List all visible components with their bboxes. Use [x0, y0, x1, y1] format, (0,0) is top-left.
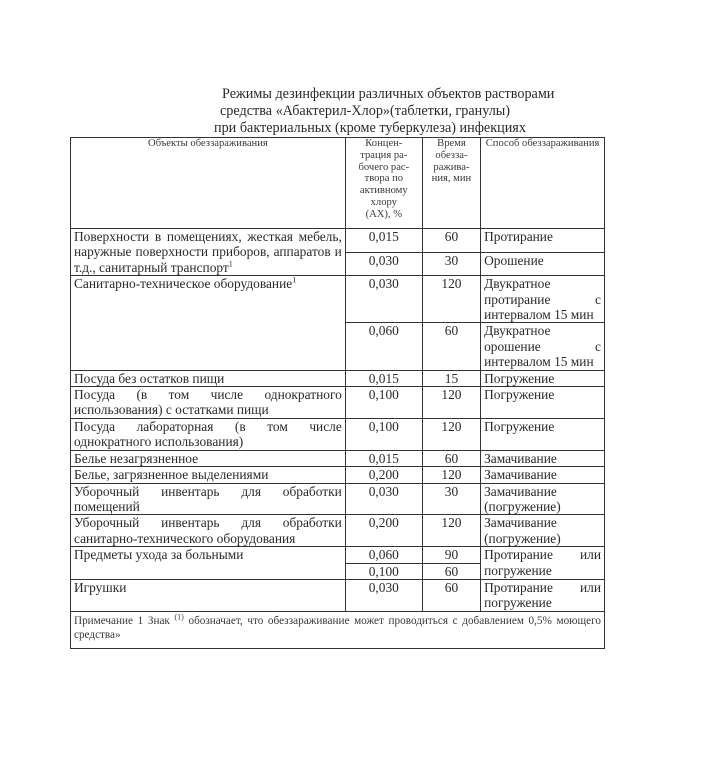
cell-concentration: 0,015	[345, 229, 422, 253]
cell-time: 120	[422, 515, 480, 547]
footnote-mark: 1	[229, 259, 233, 268]
cell-concentration: 0,030	[345, 579, 422, 611]
cell-method: Замачивание	[481, 467, 605, 483]
cell-method: Двукратное протирание с интервалом 15 ми…	[481, 276, 605, 323]
table-row: Посуда (в том числе однократного использ…	[71, 387, 605, 419]
cell-method: Погружение	[481, 387, 605, 419]
cell-object: Белье незагрязненное	[71, 450, 346, 466]
cell-concentration: 0,030	[345, 252, 422, 276]
header-line: активному	[349, 185, 419, 197]
cell-method: Двукратное орошение с интервалом 15 мин	[481, 323, 605, 370]
cell-concentration: 0,015	[345, 370, 422, 386]
cell-concentration: 0,200	[345, 515, 422, 547]
note-row: Примечание 1 Знак (1) обозначает, что об…	[71, 611, 605, 648]
header-line: обезза-	[426, 150, 477, 162]
header-line: хлору	[349, 197, 419, 209]
cell-object: Посуда (в том числе однократного использ…	[71, 387, 346, 419]
footnote-mark: 1	[292, 276, 296, 285]
header-line: ражива-	[426, 162, 477, 174]
cell-concentration: 0,060	[345, 547, 422, 563]
table-row: Посуда без остатков пищи0,01515Погружени…	[71, 370, 605, 386]
header-line: ния, мин	[426, 173, 477, 185]
header-line: трация ра-	[349, 150, 419, 162]
cell-object: Предметы ухода за больными	[71, 547, 346, 580]
cell-time: 15	[422, 370, 480, 386]
cell-method: Погружение	[481, 418, 605, 450]
cell-method: Замачивание	[481, 450, 605, 466]
header-object: Объекты обеззараживания	[71, 138, 346, 229]
header-line: твора по	[349, 173, 419, 185]
cell-object: Уборочный инвентарь для обработки санита…	[71, 515, 346, 547]
header-line: Время	[426, 138, 477, 150]
header-concentration: Концен-трация ра-бочего рас-твора поакти…	[345, 138, 422, 229]
cell-concentration: 0,100	[345, 387, 422, 419]
cell-time: 120	[422, 276, 480, 323]
document-title: Режимы дезинфекции различных объектов ра…	[200, 86, 620, 137]
cell-object: Белье, загрязненное выделениями	[71, 467, 346, 483]
cell-time: 90	[422, 547, 480, 563]
cell-time: 60	[422, 323, 480, 370]
header-line: Концен-	[349, 138, 419, 150]
cell-method: Погружение	[481, 370, 605, 386]
cell-method: Замачивание (погружение)	[481, 483, 605, 515]
title-line-3: при бактериальных (кроме туберкулеза) ин…	[200, 120, 620, 137]
table-row: Предметы ухода за больными0,06090Протира…	[71, 547, 605, 563]
table-row: Поверхности в помещениях, жесткая мебель…	[71, 229, 605, 253]
cell-object: Игрушки	[71, 579, 346, 611]
cell-concentration: 0,100	[345, 563, 422, 579]
cell-time: 120	[422, 467, 480, 483]
cell-object: Уборочный инвентарь для обработки помеще…	[71, 483, 346, 515]
cell-time: 60	[422, 579, 480, 611]
header-line: бочего рас-	[349, 162, 419, 174]
cell-method: Орошение	[481, 252, 605, 276]
cell-time: 60	[422, 229, 480, 253]
cell-object: Посуда лабораторная (в том числе однокра…	[71, 418, 346, 450]
cell-concentration: 0,030	[345, 483, 422, 515]
cell-time: 120	[422, 418, 480, 450]
cell-time: 60	[422, 450, 480, 466]
cell-time: 120	[422, 387, 480, 419]
cell-time: 30	[422, 252, 480, 276]
table-note: Примечание 1 Знак (1) обозначает, что об…	[71, 611, 605, 648]
header-method: Способ обеззараживания	[481, 138, 605, 229]
table-row: Белье незагрязненное0,01560Замачивание	[71, 450, 605, 466]
cell-concentration: 0,030	[345, 276, 422, 323]
cell-method: Протирание	[481, 229, 605, 253]
table-row: Белье, загрязненное выделениями0,200120З…	[71, 467, 605, 483]
disinfection-table: Объекты обеззараживания Концен-трация ра…	[70, 137, 605, 649]
table-row: Игрушки0,03060Протирание или погружение	[71, 579, 605, 611]
cell-object: Посуда без остатков пищи	[71, 370, 346, 386]
cell-concentration: 0,200	[345, 467, 422, 483]
cell-method: Протирание или погружение	[481, 579, 605, 611]
table-row: Санитарно-техническое оборудование10,030…	[71, 276, 605, 323]
cell-concentration: 0,060	[345, 323, 422, 370]
cell-concentration: 0,015	[345, 450, 422, 466]
cell-concentration: 0,100	[345, 418, 422, 450]
cell-method: Замачивание (погружение)	[481, 515, 605, 547]
footnote-mark: (1)	[175, 612, 184, 621]
table-row: Уборочный инвентарь для обработки санита…	[71, 515, 605, 547]
cell-method: Протирание или погружение	[481, 547, 605, 580]
cell-time: 60	[422, 563, 480, 579]
cell-object: Санитарно-техническое оборудование1	[71, 276, 346, 370]
header-line: (АХ), %	[349, 209, 419, 221]
header-time: Времяобезза-ражива-ния, мин	[422, 138, 480, 229]
cell-time: 30	[422, 483, 480, 515]
cell-object: Поверхности в помещениях, жесткая мебель…	[71, 229, 346, 276]
table-row: Уборочный инвентарь для обработки помеще…	[71, 483, 605, 515]
table-header-row: Объекты обеззараживания Концен-трация ра…	[71, 138, 605, 229]
title-line-1: Режимы дезинфекции различных объектов ра…	[200, 86, 620, 103]
title-line-2: средства «Абактерил-Хлор»(таблетки, гран…	[200, 103, 620, 120]
table-row: Посуда лабораторная (в том числе однокра…	[71, 418, 605, 450]
